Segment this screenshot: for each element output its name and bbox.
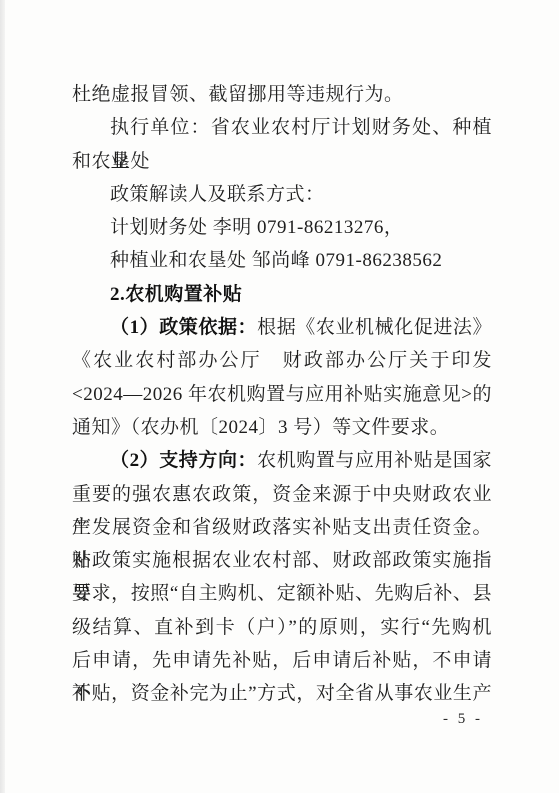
scan-edge-artifact: [0, 0, 5, 793]
text-line: 重要的强农惠农政策，资金来源于中央财政农业生: [72, 478, 492, 511]
text-line: （1）政策依据：根据《农业机械化促进法》: [72, 311, 492, 344]
text-line: 政策解读人及联系方式：: [72, 178, 492, 211]
text-line: 产发展资金和省级财政落实补贴支出责任资金。补: [72, 511, 492, 544]
text-line: 《农业农村部办公厅 财政部办公厅关于印发: [72, 344, 492, 377]
text-line: 贴政策实施根据农业农村部、财政部政策实施指导: [72, 544, 492, 577]
line-text: 和农垦处: [72, 151, 150, 172]
line-text: 农机购置与应用补贴是国家: [257, 450, 492, 471]
text-line: 要求，按照“自主购机、定额补贴、先购后补、县: [72, 577, 492, 610]
line-text: 要求，按照“自主购机、定额补贴、先购后补、县: [72, 583, 492, 604]
text-line: 通知》（农办机〔2024〕3 号）等文件要求。: [72, 411, 492, 444]
line-text: 2.农机购置补贴: [110, 284, 242, 305]
page-number: - 5 -: [443, 709, 483, 729]
line-text: 补贴，资金补完为止”方式，对全省从事农业生产: [72, 683, 492, 704]
line-text: 种植业和农垦处 邹尚峰 0791-86238562: [110, 250, 442, 271]
line-text: <2024—2026 年农机购置与应用补贴实施意见>的: [72, 384, 492, 405]
line-text: 通知》（农办机〔2024〕3 号）等文件要求。: [72, 417, 449, 438]
line-text: 杜绝虚报冒领、截留挪用等违规行为。: [72, 84, 404, 105]
text-line: （2）支持方向：农机购置与应用补贴是国家: [72, 444, 492, 477]
text-line: 和农垦处: [72, 145, 492, 178]
text-line: 执行单位：省农业农村厅计划财务处、种植业: [72, 111, 492, 144]
text-line: 种植业和农垦处 邹尚峰 0791-86238562: [72, 244, 492, 277]
text-line: 后申请，先申请先补贴，后申请后补贴，不申请不: [72, 644, 492, 677]
text-line: 级结算、直补到卡（户）”的原则，实行“先购机: [72, 611, 492, 644]
line-text: 级结算、直补到卡（户）”的原则，实行“先购机: [72, 617, 492, 638]
document-page: 杜绝虚报冒领、截留挪用等违规行为。 执行单位：省农业农村厅计划财务处、种植业 和…: [0, 0, 559, 793]
line-bold-prefix: （2）支持方向：: [110, 450, 257, 471]
line-text: 政策解读人及联系方式：: [110, 184, 325, 205]
text-line: 补贴，资金补完为止”方式，对全省从事农业生产: [72, 677, 492, 710]
line-text: 根据《农业机械化促进法》: [257, 317, 492, 338]
text-line: 杜绝虚报冒领、截留挪用等违规行为。: [72, 78, 492, 111]
document-body: 杜绝虚报冒领、截留挪用等违规行为。 执行单位：省农业农村厅计划财务处、种植业 和…: [72, 78, 492, 711]
line-bold-prefix: （1）政策依据：: [110, 317, 257, 338]
section-heading: 2.农机购置补贴: [72, 278, 492, 311]
line-text: 计划财务处 李明 0791-86213276，: [110, 217, 403, 238]
line-text: 《农业农村部办公厅 财政部办公厅关于印发: [72, 350, 492, 371]
text-line: 计划财务处 李明 0791-86213276，: [72, 211, 492, 244]
text-line: <2024—2026 年农机购置与应用补贴实施意见>的: [72, 378, 492, 411]
